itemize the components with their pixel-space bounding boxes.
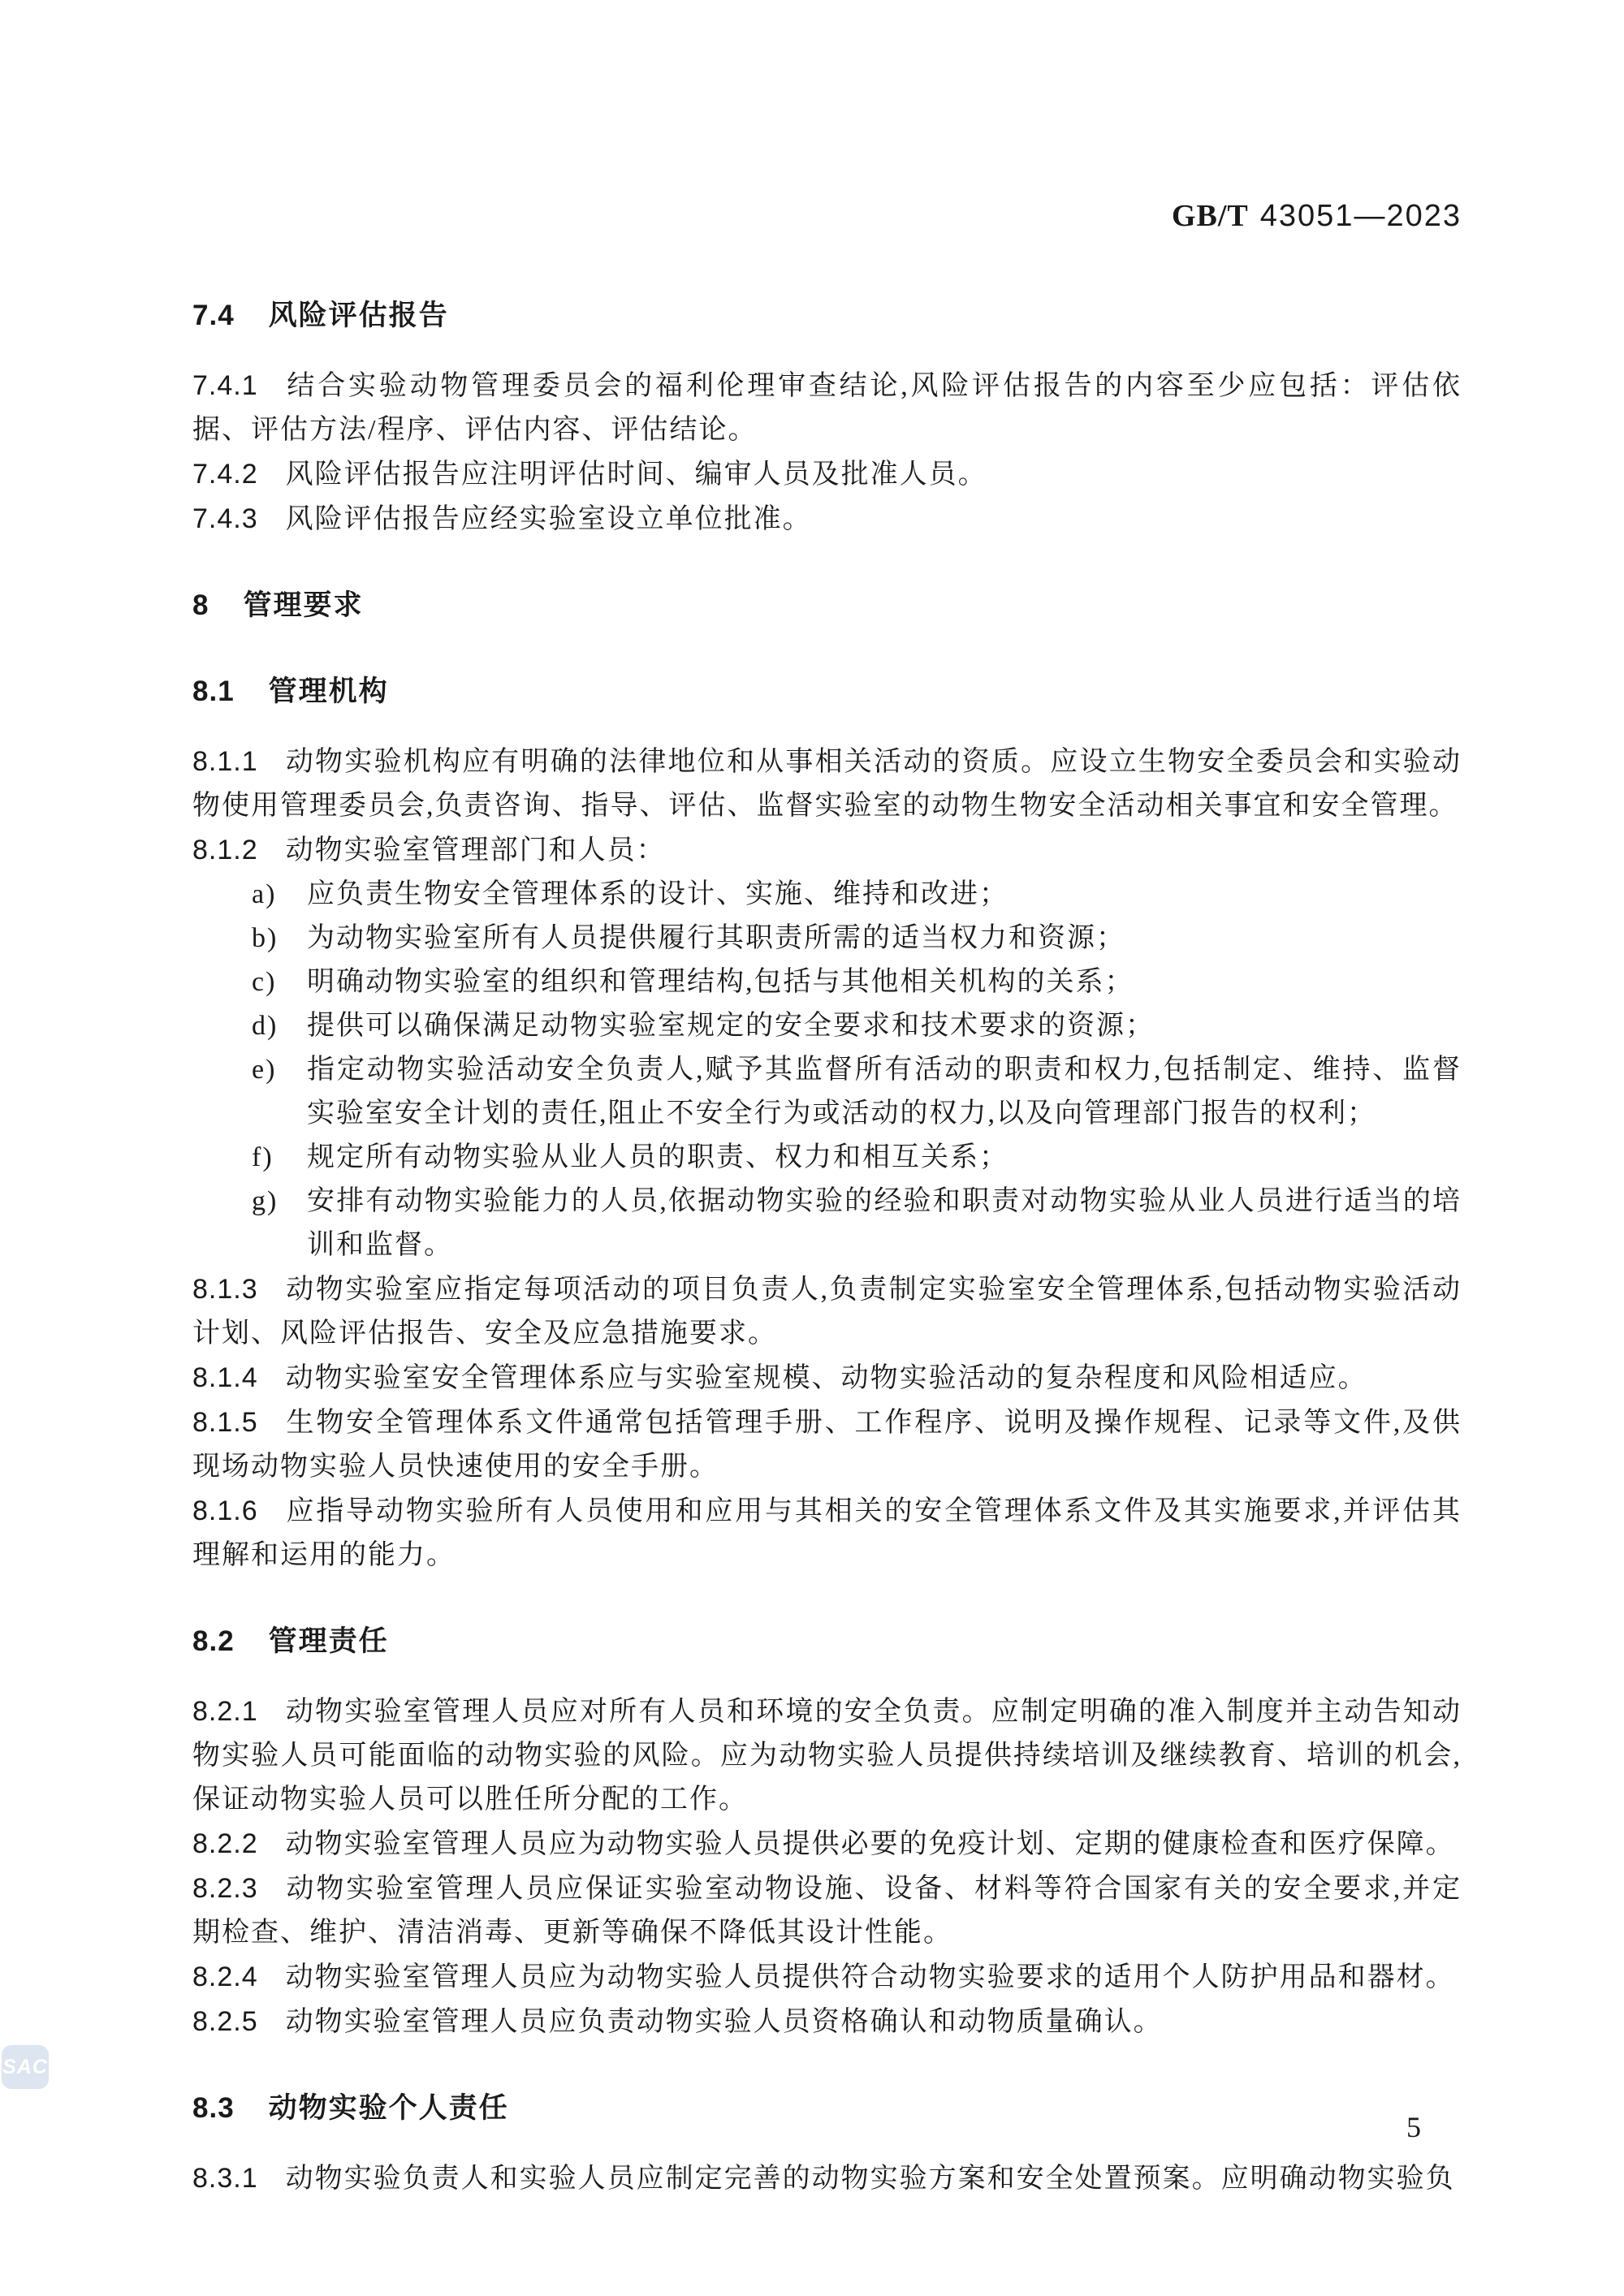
clause-number: 8.2.5 (192, 2006, 258, 2037)
clause-number: 8.1.1 (192, 746, 258, 777)
clause-7-4-1: 7.4.1结合实验动物管理委员会的福利伦理审查结论,风险评估报告的内容至少应包括… (192, 364, 1462, 452)
clause-8-1-2: 8.1.2动物实验室管理部门和人员： (192, 828, 1462, 873)
heading-number: 7.4 (192, 300, 235, 331)
clause-text: 动物实验室管理人员应负责动物实验人员资格确认和动物质量确认。 (286, 2007, 1163, 2037)
list-item-letter: c) (252, 960, 307, 1004)
clause-8-1-3: 8.1.3动物实验室应指定每项活动的项目负责人,负责制定实验室安全管理体系,包括… (192, 1267, 1462, 1356)
clause-number: 8.1.5 (192, 1407, 258, 1438)
clause-8-3-1: 8.3.1动物实验负责人和实验人员应制定完善的动物实验方案和安全处置预案。应明确… (192, 2156, 1462, 2201)
clause-8-2-4: 8.2.4动物实验室管理人员应为动物实验人员提供符合动物实验要求的适用个人防护用… (192, 1955, 1462, 2000)
heading-8-1: 8.1管理机构 (192, 670, 1462, 714)
clause-8-2-2: 8.2.2动物实验室管理人员应为动物实验人员提供必要的免疫计划、定期的健康检查和… (192, 1822, 1462, 1867)
clause-text: 风险评估报告应经实验室设立单位批准。 (286, 504, 812, 534)
list-item-text: 为动物实验室所有人员提供履行其职责所需的适当权力和资源； (307, 917, 1462, 960)
page-number: 5 (192, 2109, 1421, 2145)
list-item-text: 应负责生物安全管理体系的设计、实施、维持和改进； (307, 873, 1462, 917)
list-item-letter: f) (252, 1136, 307, 1180)
list-item-text: 安排有动物实验能力的人员,依据动物实验的经验和职责对动物实验从业人员进行适当的培… (307, 1180, 1462, 1267)
heading-title: 管理责任 (269, 1625, 389, 1657)
clause-8-2-5: 8.2.5动物实验室管理人员应负责动物实验人员资格确认和动物质量确认。 (192, 2000, 1462, 2044)
clause-number: 8.2.1 (192, 1696, 258, 1727)
clause-7-4-3: 7.4.3风险评估报告应经实验室设立单位批准。 (192, 497, 1462, 542)
list-item-f: f)规定所有动物实验从业人员的职责、权力和相互关系； (192, 1136, 1462, 1180)
standard-code: GB/T43051—2023 (192, 198, 1462, 234)
list-item-b: b)为动物实验室所有人员提供履行其职责所需的适当权力和资源； (192, 917, 1462, 960)
clause-number: 7.4.1 (192, 370, 258, 401)
clause-number: 7.4.3 (192, 503, 258, 534)
list-item-text: 规定所有动物实验从业人员的职责、权力和相互关系； (307, 1136, 1462, 1180)
clause-8-1-1: 8.1.1动物实验机构应有明确的法律地位和从事相关活动的资质。应设立生物安全委员… (192, 740, 1462, 828)
clause-text: 动物实验室管理人员应对所有人员和环境的安全负责。应制定明确的准入制度并主动告知动… (192, 1697, 1462, 1815)
list-item-text: 明确动物实验室的组织和管理结构,包括与其他相关机构的关系； (307, 960, 1462, 1004)
clause-number: 7.4.2 (192, 459, 258, 490)
list-item-text: 提供可以确保满足动物实验室规定的安全要求和技术要求的资源； (307, 1004, 1462, 1048)
clause-8-1-5: 8.1.5生物安全管理体系文件通常包括管理手册、工作程序、说明及操作规程、记录等… (192, 1400, 1462, 1489)
heading-8-2: 8.2管理责任 (192, 1620, 1462, 1664)
heading-title: 管理要求 (243, 589, 363, 621)
list-item-text: 指定动物实验活动安全负责人,赋予其监督所有活动的职责和权力,包括制定、维持、监督… (307, 1048, 1462, 1136)
heading-title: 管理机构 (269, 675, 389, 707)
document-content: 7.4风险评估报告 7.4.1结合实验动物管理委员会的福利伦理审查结论,风险评估… (192, 294, 1462, 2201)
heading-title: 风险评估报告 (269, 300, 449, 331)
clause-8-2-3: 8.2.3动物实验室管理人员应保证实验室动物设施、设备、材料等符合国家有关的安全… (192, 1867, 1462, 1955)
clause-8-2-1: 8.2.1动物实验室管理人员应对所有人员和环境的安全负责。应制定明确的准入制度并… (192, 1690, 1462, 1822)
list-item-letter: e) (252, 1048, 307, 1136)
clause-number: 8.2.3 (192, 1873, 258, 1904)
sac-logo: SAC (2, 2045, 49, 2089)
list-item-d: d)提供可以确保满足动物实验室规定的安全要求和技术要求的资源； (192, 1004, 1462, 1048)
list-item-g: g)安排有动物实验能力的人员,依据动物实验的经验和职责对动物实验从业人员进行适当… (192, 1180, 1462, 1267)
clause-8-1-6: 8.1.6应指导动物实验所有人员使用和应用与其相关的安全管理体系文件及其实施要求… (192, 1489, 1462, 1577)
clause-8-1-4: 8.1.4动物实验室安全管理体系应与实验室规模、动物实验活动的复杂程度和风险相适… (192, 1356, 1462, 1400)
list-item-e: e)指定动物实验活动安全负责人,赋予其监督所有活动的职责和权力,包括制定、维持、… (192, 1048, 1462, 1136)
standard-code-number: 43051—2023 (1260, 199, 1462, 233)
clause-number: 8.1.6 (192, 1495, 258, 1526)
sac-logo-text: SAC (2, 2056, 48, 2079)
list-item-c: c)明确动物实验室的组织和管理结构,包括与其他相关机构的关系； (192, 960, 1462, 1004)
heading-number: 8.2 (192, 1625, 235, 1657)
clause-text: 结合实验动物管理委员会的福利伦理审查结论,风险评估报告的内容至少应包括：评估依据… (192, 371, 1462, 445)
clause-7-4-2: 7.4.2风险评估报告应注明评估时间、编审人员及批准人员。 (192, 452, 1462, 497)
standard-code-prefix: GB/T (1172, 199, 1249, 233)
clause-text: 应指导动物实验所有人员使用和应用与其相关的安全管理体系文件及其实施要求,并评估其… (192, 1496, 1462, 1570)
clause-text: 动物实验室应指定每项活动的项目负责人,负责制定实验室安全管理体系,包括动物实验活… (192, 1275, 1462, 1349)
clause-number: 8.1.2 (192, 835, 258, 865)
heading-8: 8管理要求 (192, 584, 1462, 628)
list-item-a: a)应负责生物安全管理体系的设计、实施、维持和改进； (192, 873, 1462, 917)
clause-text: 生物安全管理体系文件通常包括管理手册、工作程序、说明及操作规程、记录等文件,及供… (192, 1408, 1462, 1482)
clause-text: 动物实验室管理人员应为动物实验人员提供符合动物实验要求的适用个人防护用品和器材。 (286, 1962, 1455, 1992)
heading-number: 8 (192, 589, 209, 621)
clause-number: 8.3.1 (192, 2163, 258, 2194)
list-item-letter: b) (252, 917, 307, 960)
clause-text: 动物实验机构应有明确的法律地位和从事相关活动的资质。应设立生物安全委员会和实验动… (192, 747, 1462, 821)
clause-text: 风险评估报告应注明评估时间、编审人员及批准人员。 (286, 460, 987, 490)
clause-text: 动物实验室管理人员应保证实验室动物设施、设备、材料等符合国家有关的安全要求,并定… (192, 1874, 1462, 1948)
heading-number: 8.1 (192, 675, 235, 707)
clause-number: 8.2.4 (192, 1962, 258, 1992)
list-item-letter: g) (252, 1180, 307, 1267)
clause-text: 动物实验室安全管理体系应与实验室规模、动物实验活动的复杂程度和风险相适应。 (286, 1363, 1367, 1393)
list-item-letter: d) (252, 1004, 307, 1048)
heading-7-4: 7.4风险评估报告 (192, 294, 1462, 338)
clause-number: 8.1.4 (192, 1362, 258, 1393)
document-page: GB/T43051—2023 7.4风险评估报告 7.4.1结合实验动物管理委员… (0, 0, 1624, 2296)
clause-text: 动物实验室管理人员应为动物实验人员提供必要的免疫计划、定期的健康检查和医疗保障。 (286, 1829, 1455, 1859)
clause-text: 动物实验室管理部门和人员： (286, 835, 666, 865)
clause-number: 8.2.2 (192, 1828, 258, 1859)
list-item-letter: a) (252, 873, 307, 917)
clause-text: 动物实验负责人和实验人员应制定完善的动物实验方案和安全处置预案。应明确动物实验负 (286, 2164, 1455, 2194)
clause-number: 8.1.3 (192, 1274, 258, 1305)
